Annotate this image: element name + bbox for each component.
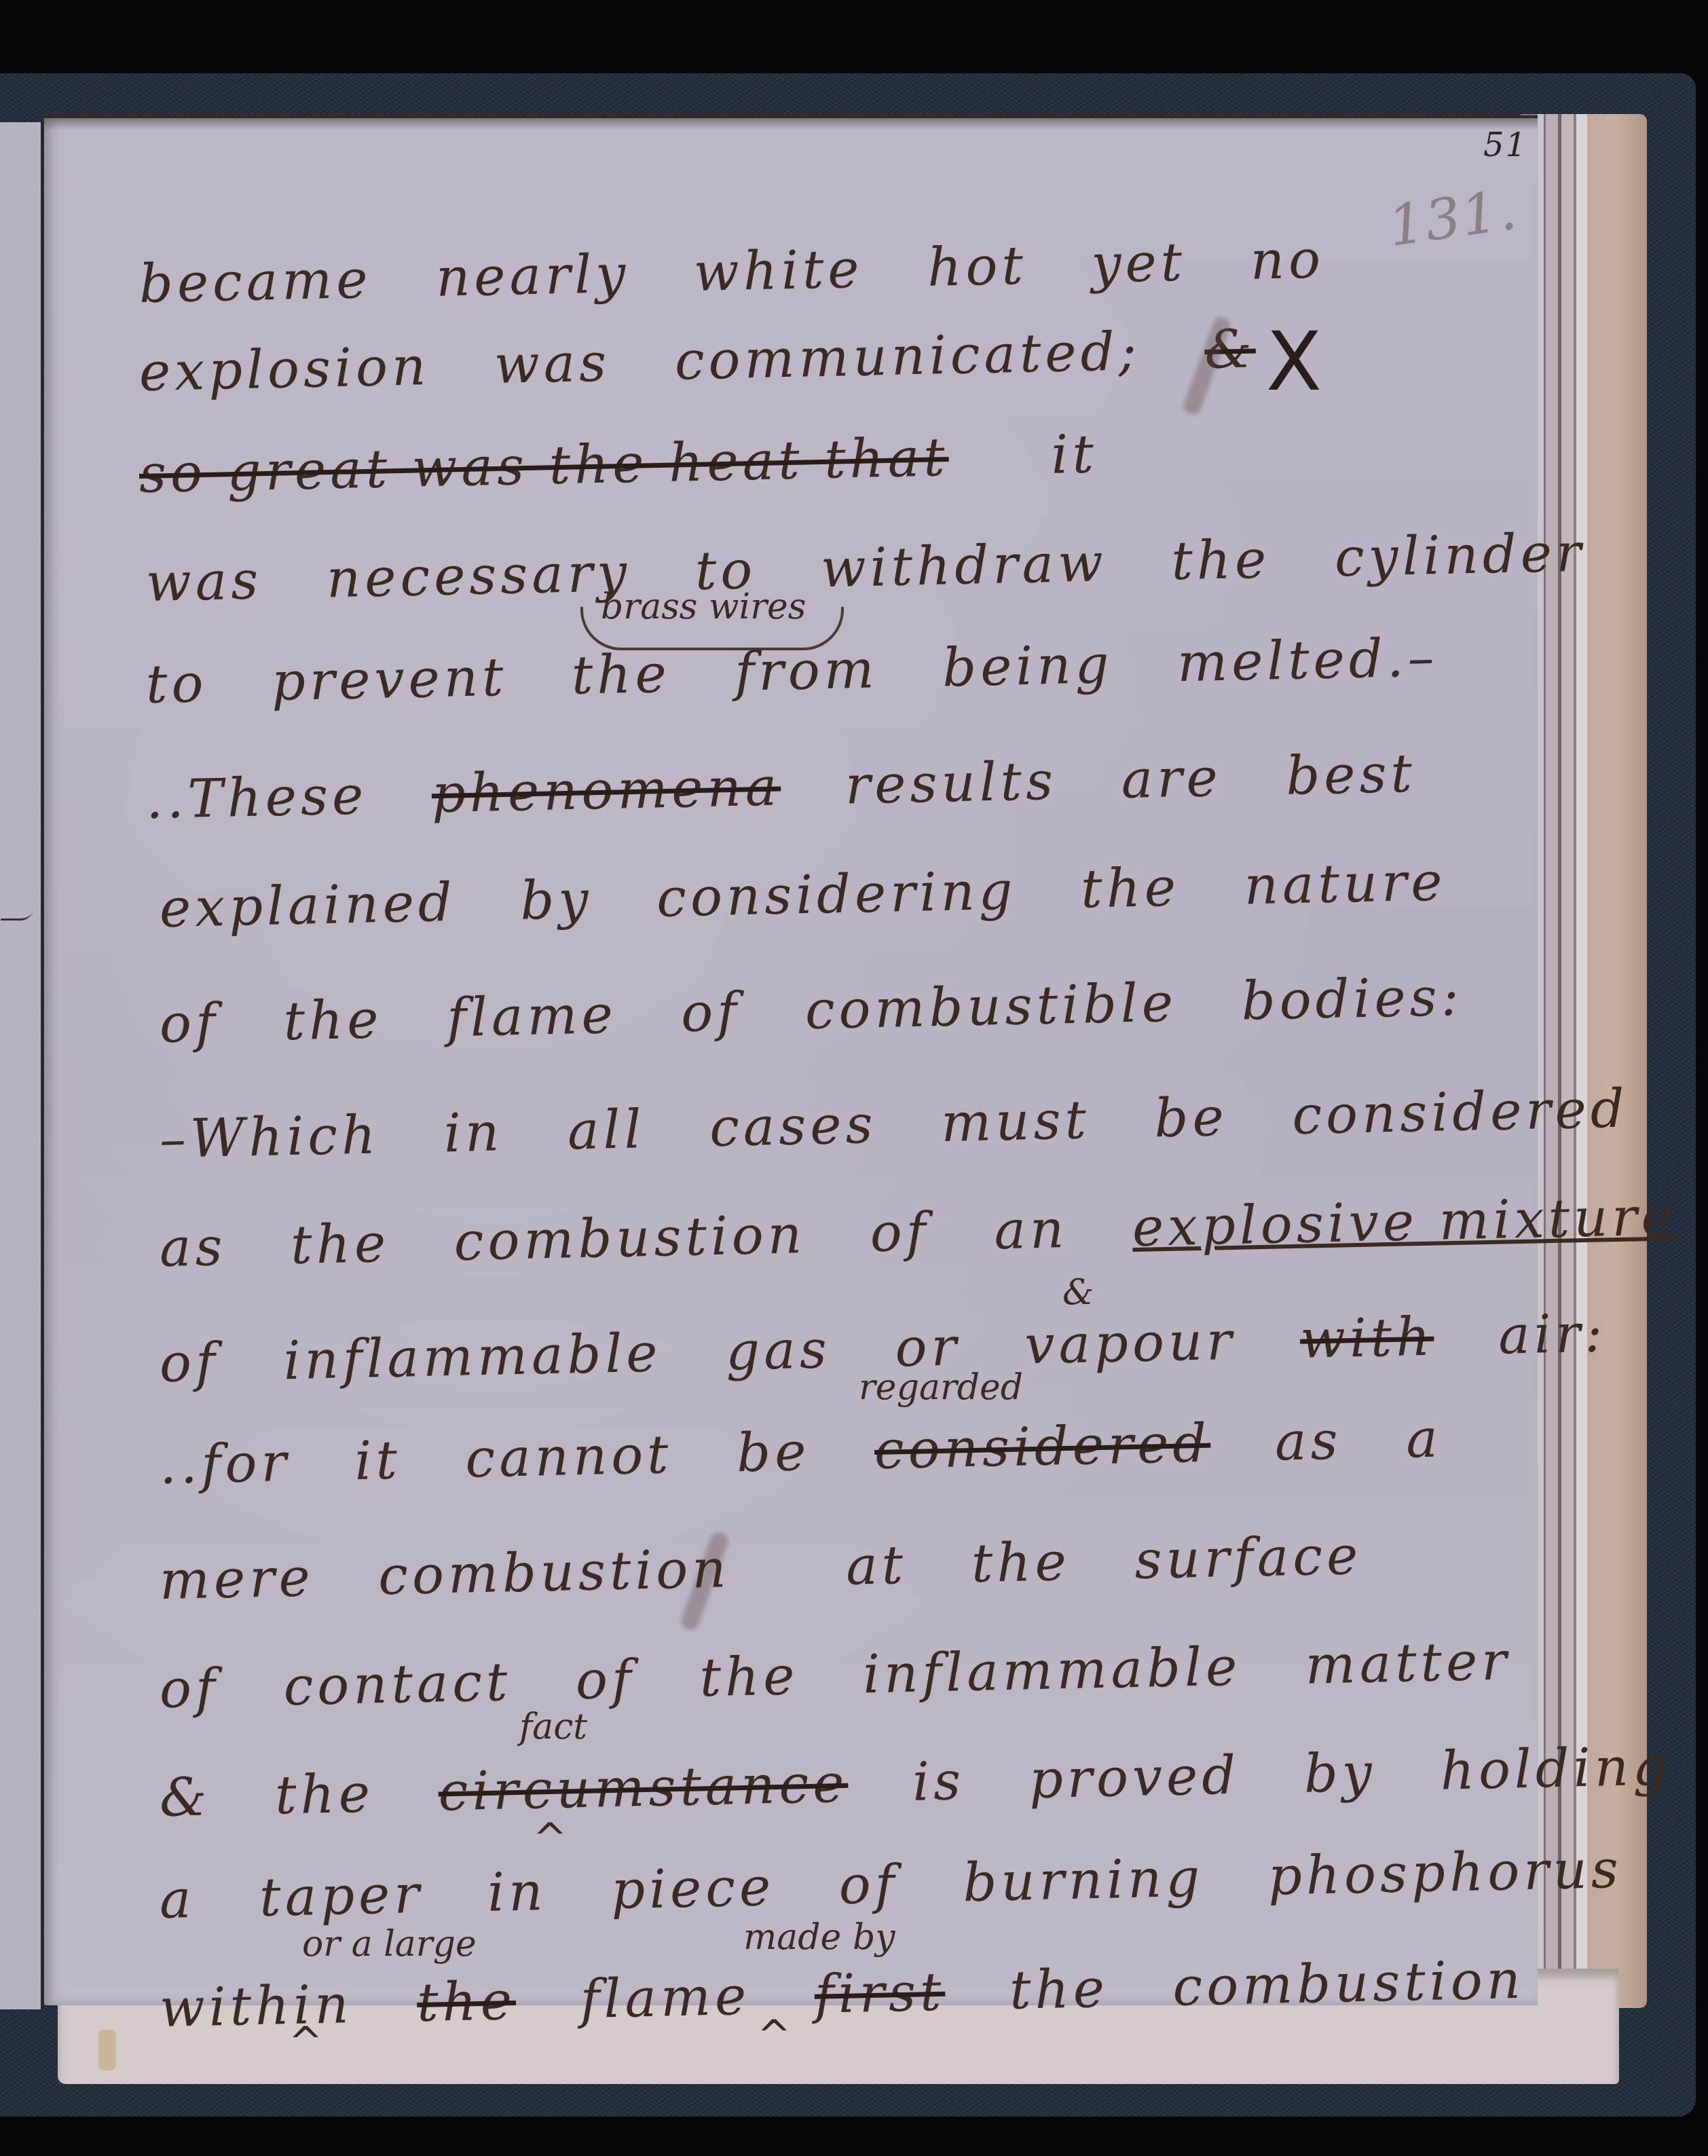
word: being xyxy=(942,634,1113,699)
word: phosphorus xyxy=(1267,1839,1623,1908)
insertion-or-a-large: or a large xyxy=(302,1924,477,1965)
word: as xyxy=(159,1216,227,1279)
word: is xyxy=(912,1751,965,1813)
word: flame xyxy=(580,1966,751,2030)
word: inflammable xyxy=(862,1637,1242,1706)
word: must xyxy=(940,1090,1090,1154)
word: the xyxy=(1009,1958,1109,2022)
word: yet xyxy=(1091,232,1187,295)
word: taper xyxy=(259,1864,424,1929)
word: vapour xyxy=(1024,1311,1236,1376)
word: by xyxy=(1303,1742,1377,1804)
word: of xyxy=(159,1658,220,1720)
manuscript-page: 51 131. became nearly white hot yet no e… xyxy=(44,115,1538,2005)
word: of xyxy=(159,992,220,1055)
line-9: –Which in all cases must be considered xyxy=(159,1077,1672,1170)
word: inflammable xyxy=(283,1323,663,1392)
word: by xyxy=(520,870,593,932)
word: bodies: xyxy=(1241,967,1464,1033)
word: proved xyxy=(1028,1745,1240,1810)
word: combustion xyxy=(453,1204,806,1273)
word: of xyxy=(159,1332,220,1394)
word: burning xyxy=(962,1848,1204,1914)
insertion-fact: fact xyxy=(519,1707,587,1747)
word: the xyxy=(571,644,671,707)
word: became xyxy=(138,249,372,315)
word: considered xyxy=(1291,1079,1629,1147)
facing-page-edge xyxy=(0,122,43,2009)
word: nearly xyxy=(435,244,630,309)
word: a xyxy=(159,1869,196,1931)
line-5: to prevent the from being melted.– xyxy=(145,627,1482,715)
word: combustion xyxy=(1172,1950,1525,2018)
page-top-edge xyxy=(44,114,1538,130)
word: melted.– xyxy=(1176,627,1438,694)
word: it xyxy=(354,1430,401,1492)
line-13: mere combustion at the surface xyxy=(159,1525,1406,1612)
word: to xyxy=(145,653,208,715)
word: as xyxy=(1274,1411,1342,1473)
word: considering xyxy=(656,861,1017,929)
word: a xyxy=(1405,1408,1442,1470)
word: combustible xyxy=(804,973,1178,1041)
line-2: explosion was communicated; & xyxy=(138,318,1300,403)
word: in xyxy=(443,1102,504,1164)
word: cylinder xyxy=(1334,523,1586,589)
paper-stain xyxy=(98,2030,116,2070)
word: explosion xyxy=(138,336,430,403)
word: surface xyxy=(1134,1525,1362,1591)
word: air: xyxy=(1498,1303,1607,1366)
word: cases xyxy=(709,1094,877,1159)
word: are xyxy=(1121,747,1223,811)
line-12: ..for it cannot be considered as a xyxy=(159,1407,1486,1496)
word: be xyxy=(736,1421,811,1484)
line-1: became nearly white hot yet no xyxy=(138,228,1369,315)
line-6: ..These phenomena results are best xyxy=(145,742,1460,831)
deleted-word: first xyxy=(814,1962,946,2026)
word: was xyxy=(494,332,611,396)
word: the xyxy=(283,989,384,1052)
word: at xyxy=(845,1535,908,1597)
word: the xyxy=(290,1213,390,1276)
word: gas xyxy=(725,1319,831,1382)
word: ..These xyxy=(145,765,368,831)
word: –Which xyxy=(159,1104,380,1170)
word: the xyxy=(274,1763,375,1826)
facing-page-ink-mark xyxy=(0,899,37,921)
word: white xyxy=(693,239,864,303)
line-3: so great was the heat that it xyxy=(138,423,1142,505)
corner-folio-number: 51 xyxy=(1483,126,1527,164)
word: explained xyxy=(159,872,457,940)
line-14: of contact of the inflammable matter xyxy=(159,1630,1555,1720)
word: prevent xyxy=(271,647,508,713)
word: of xyxy=(680,982,741,1044)
word: ..for xyxy=(159,1432,291,1496)
word: combustion xyxy=(377,1538,730,1607)
word: no xyxy=(1250,229,1325,291)
word: nature xyxy=(1244,851,1447,916)
line-7: explained by considering the nature xyxy=(159,851,1490,940)
word: cannot xyxy=(465,1424,673,1489)
word: flame xyxy=(446,984,617,1049)
folio-number: 131. xyxy=(1384,177,1521,259)
x-mark: X xyxy=(1266,315,1322,409)
underlined-phrase: explosive mixture xyxy=(1132,1186,1677,1259)
word: was xyxy=(145,550,263,614)
deleted-phrase: so great was the heat that xyxy=(138,427,950,505)
insertion-caret: ^ xyxy=(289,2019,322,2066)
word: it xyxy=(1050,424,1098,485)
word: an xyxy=(993,1199,1069,1261)
word: from xyxy=(735,639,879,703)
word: of xyxy=(870,1202,931,1264)
word: results xyxy=(844,751,1058,817)
word: & xyxy=(159,1766,211,1829)
word: of xyxy=(838,1854,899,1916)
word: hot xyxy=(927,236,1027,299)
word: all xyxy=(567,1099,646,1161)
word: best xyxy=(1285,743,1416,807)
word: communicated; xyxy=(674,321,1141,392)
line-4: was necessary to withdraw the cylinder xyxy=(145,521,1629,614)
deleted-word: considered xyxy=(874,1413,1211,1481)
word: mere xyxy=(159,1547,314,1612)
word: the xyxy=(1170,529,1271,592)
word: matter xyxy=(1305,1631,1511,1696)
deleted-word: the xyxy=(416,1971,517,2034)
line-16: a taper in piece of burning phosphorus xyxy=(159,1838,1667,1931)
word: in xyxy=(487,1861,547,1924)
endpaper xyxy=(1582,114,1647,2008)
word: the xyxy=(699,1646,800,1709)
insertion-regarded: regarded xyxy=(859,1367,1023,1408)
word: the xyxy=(971,1531,1071,1595)
word: contact xyxy=(283,1652,513,1717)
deleted-word: circumstance xyxy=(438,1753,849,1823)
word: piece xyxy=(610,1857,775,1921)
word: within xyxy=(159,1974,353,2039)
word: the xyxy=(1080,857,1181,921)
word: of xyxy=(575,1649,636,1711)
insertion-ampersand: & xyxy=(1062,1272,1094,1313)
word: be xyxy=(1154,1087,1229,1149)
line-15: & the circumstance is proved by holding xyxy=(159,1735,1708,1829)
insertion-caret: ^ xyxy=(757,2012,791,2060)
insertion-caret: ^ xyxy=(533,1815,567,1863)
line-10: as the combustion of an explosive mixtur… xyxy=(159,1185,1708,1279)
word: necessary xyxy=(326,542,631,610)
word: holding xyxy=(1440,1736,1671,1802)
word: withdraw xyxy=(820,532,1108,599)
deleted-word: phenomena xyxy=(431,756,781,825)
insertion-made-by: made by xyxy=(743,1917,895,1958)
line-8: of the flame of combustible bodies: xyxy=(159,965,1507,1055)
deleted-word: with xyxy=(1299,1307,1434,1371)
